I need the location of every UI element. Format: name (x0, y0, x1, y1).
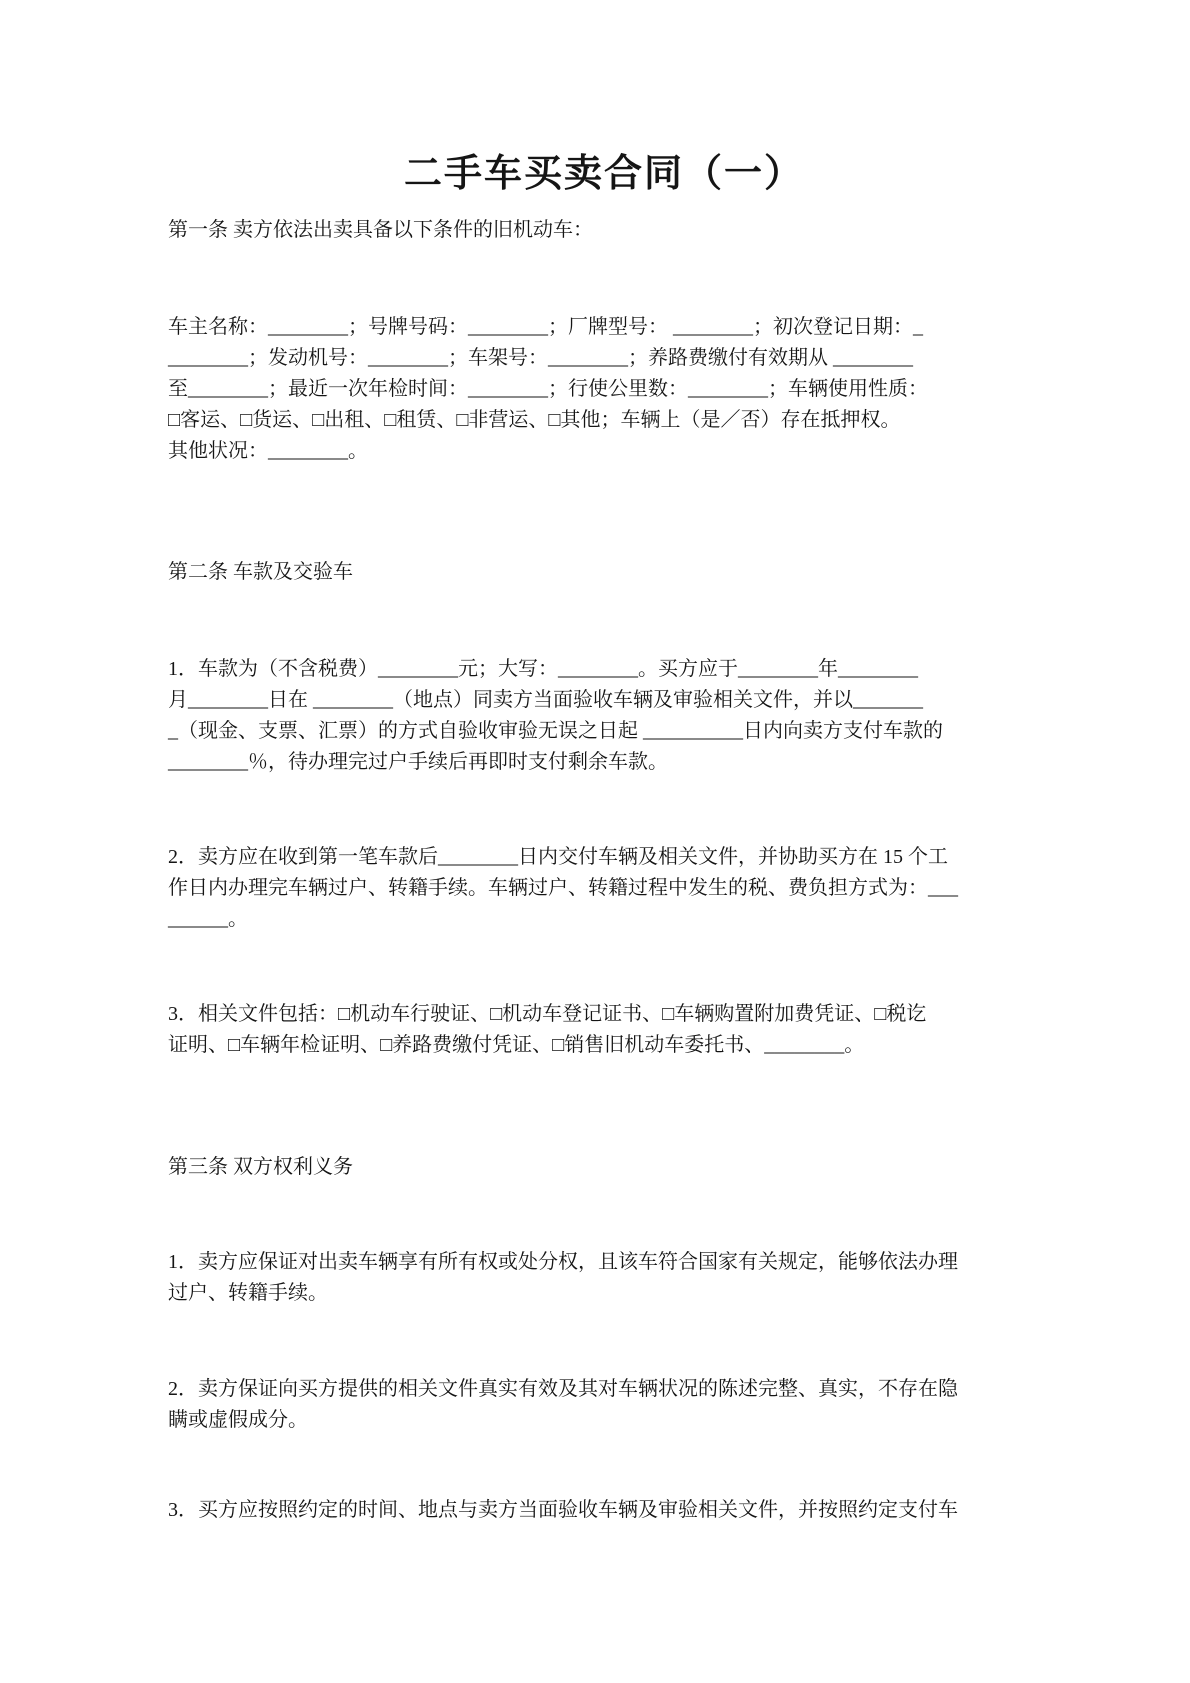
heading-line: 第一条 卖方依法出卖具备以下条件的旧机动车： (168, 215, 1040, 246)
heading-line: 第三条 双方权利义务 (168, 1152, 1040, 1183)
clause-2-item-2: 2．卖方应在收到第一笔车款后________日内交付车辆及相关文件，并协助买方在… (168, 842, 1040, 935)
paragraph-line: □客运、□货运、□出租、□租赁、□非营运、□其他；车辆上（是／否）存在抵押权。 (168, 405, 1040, 436)
paragraph-line: 作日内办理完车辆过户、转籍手续。车辆过户、转籍过程中发生的税、费负担方式为：__… (168, 873, 1040, 904)
clause-3-item-1: 1．卖方应保证对出卖车辆享有所有权或处分权，且该车符合国家有关规定，能够依法办理… (168, 1247, 1040, 1309)
clause-3-item-3: 3．买方应按照约定的时间、地点与卖方当面验收车辆及审验相关文件，并按照约定支付车 (168, 1495, 1040, 1526)
clause-3-heading: 第三条 双方权利义务 (168, 1152, 1040, 1183)
paragraph-line: 1．车款为（不含税费）________元；大写：________。买方应于___… (168, 654, 1040, 685)
paragraph-line: 2．卖方保证向买方提供的相关文件真实有效及其对车辆状况的陈述完整、真实，不存在隐 (168, 1374, 1040, 1405)
paragraph-line: ________％，待办理完过户手续后再即时支付剩余车款。 (168, 747, 1040, 778)
heading-line: 第二条 车款及交验车 (168, 557, 1040, 588)
paragraph-line: 3．买方应按照约定的时间、地点与卖方当面验收车辆及审验相关文件，并按照约定支付车 (168, 1495, 1040, 1526)
paragraph-line: 瞒或虚假成分。 (168, 1405, 1040, 1436)
paragraph-line: _（现金、支票、汇票）的方式自验收审验无误之日起 __________日内向卖方… (168, 716, 1040, 747)
paragraph-line: 1．卖方应保证对出卖车辆享有所有权或处分权，且该车符合国家有关规定，能够依法办理 (168, 1247, 1040, 1278)
paragraph-line: 证明、□车辆年检证明、□养路费缴付凭证、□销售旧机动车委托书、________。 (168, 1030, 1040, 1061)
clause-3-item-2: 2．卖方保证向买方提供的相关文件真实有效及其对车辆状况的陈述完整、真实，不存在隐… (168, 1374, 1040, 1436)
document-content: 二手车买卖合同（一） 第一条 卖方依法出卖具备以下条件的旧机动车： 车主名称：_… (168, 148, 1040, 1526)
paragraph-line: 其他状况：________。 (168, 436, 1040, 467)
clause-2-heading: 第二条 车款及交验车 (168, 557, 1040, 588)
paragraph-line: 3．相关文件包括：□机动车行驶证、□机动车登记证书、□车辆购置附加费凭证、□税讫 (168, 999, 1040, 1030)
contract-document-page: 二手车买卖合同（一） 第一条 卖方依法出卖具备以下条件的旧机动车： 车主名称：_… (0, 0, 1190, 1683)
paragraph-line: 车主名称：________；号牌号码：________；厂牌型号： ______… (168, 312, 1040, 343)
contract-title: 二手车买卖合同（一） (168, 148, 1040, 200)
paragraph-line: ________；发动机号：________；车架号：________；养路费缴… (168, 343, 1040, 374)
paragraph-line: 2．卖方应在收到第一笔车款后________日内交付车辆及相关文件，并协助买方在… (168, 842, 1040, 873)
paragraph-line: 至________；最近一次年检时间：________；行使公里数：______… (168, 374, 1040, 405)
clause-1-heading: 第一条 卖方依法出卖具备以下条件的旧机动车： (168, 215, 1040, 246)
paragraph-line: ______。 (168, 904, 1040, 935)
clause-2-item-3: 3．相关文件包括：□机动车行驶证、□机动车登记证书、□车辆购置附加费凭证、□税讫… (168, 999, 1040, 1061)
paragraph-line: 过户、转籍手续。 (168, 1278, 1040, 1309)
clause-2-item-1: 1．车款为（不含税费）________元；大写：________。买方应于___… (168, 654, 1040, 778)
paragraph-line: 月________日在 ________（地点）同卖方当面验收车辆及审验相关文件… (168, 685, 1040, 716)
vehicle-info-paragraph: 车主名称：________；号牌号码：________；厂牌型号： ______… (168, 312, 1040, 467)
